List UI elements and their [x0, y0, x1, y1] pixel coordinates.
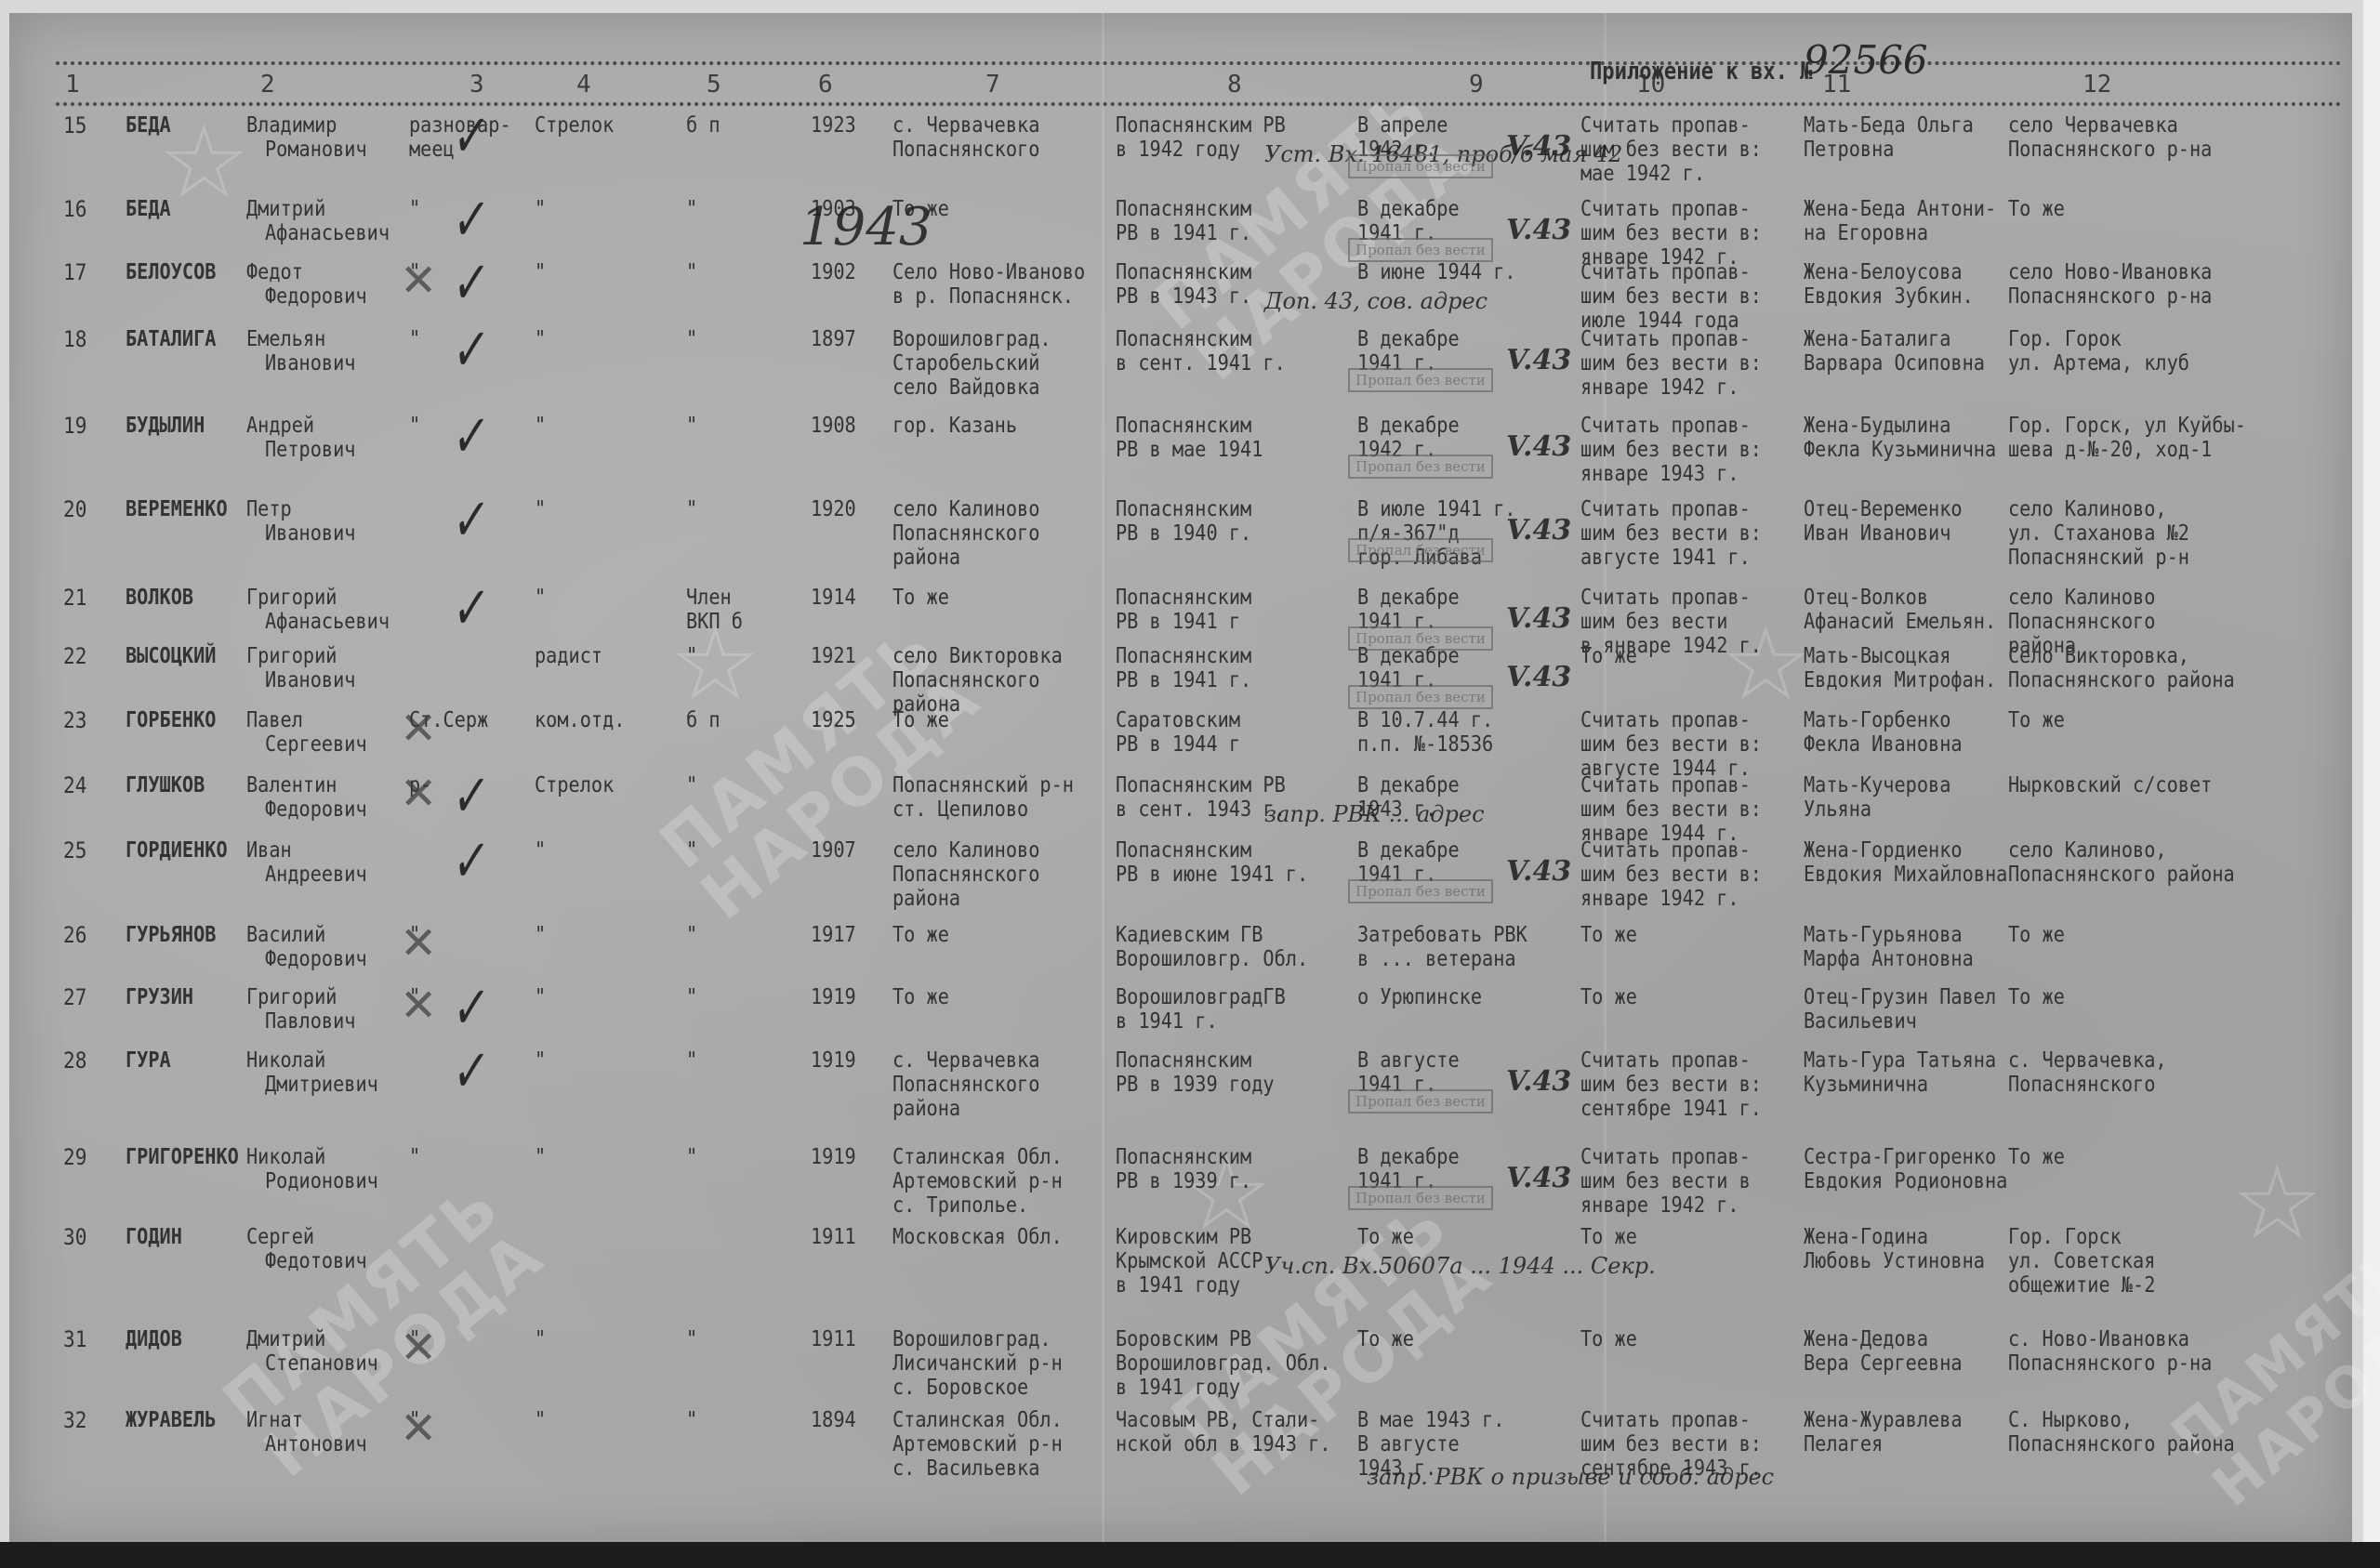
kin-address: село Калиново, Попаснянского района [2008, 838, 2235, 887]
cross-mark-icon: ✕ [400, 703, 437, 755]
next-of-kin: Сестра-Григоренко Евдокия Родионовна [1804, 1145, 2007, 1193]
position: Стрелок [535, 773, 614, 797]
cross-mark-icon: ✕ [400, 980, 437, 1032]
party-status: " [686, 644, 697, 668]
annex-label: Приложение к вх. № [1590, 58, 1813, 86]
row-number: 26 [63, 923, 86, 947]
first-name: Игнат [246, 1408, 303, 1432]
column-number: 1 [65, 71, 80, 99]
birthplace: То же [892, 985, 949, 1009]
patronymic: Афанасьевич [265, 610, 390, 634]
column-number: 5 [707, 71, 721, 99]
first-name: Дмитрий [246, 1327, 325, 1351]
first-name: Валентин [246, 773, 337, 797]
first-name: Василий [246, 923, 325, 947]
position: радист [535, 644, 602, 668]
decision: То же [1580, 985, 1637, 1009]
draft-office: Боровским РВ Ворошиловград. Обл. в 1941 … [1116, 1327, 1331, 1400]
birthplace: Сталинская Обл. Артемовский р-н с. Трипо… [892, 1145, 1063, 1218]
next-of-kin: Жена-Журавлева Пелагея [1804, 1408, 1963, 1456]
row-number: 15 [63, 113, 86, 138]
position: " [535, 197, 546, 221]
birth-year: 1914 [811, 586, 856, 610]
party-status: " [686, 260, 697, 284]
birthplace: с. Червачевка Попаснянского района [892, 1048, 1039, 1121]
row-number: 22 [63, 644, 86, 668]
birth-year: 1923 [811, 113, 856, 138]
row-number: 16 [63, 197, 86, 221]
row-number: 17 [63, 260, 86, 284]
first-name: Емельян [246, 327, 325, 351]
birthplace: Ворошиловград. Старобельский село Вайдов… [892, 327, 1051, 400]
party-status: " [686, 923, 697, 947]
patronymic: Павлович [265, 1009, 355, 1034]
missing-stamp: Пропал без вести [1348, 455, 1493, 479]
surname: ГУРА [126, 1048, 171, 1073]
missing-date: То же [1357, 1327, 1414, 1351]
surname: БАТАЛИГА [126, 327, 216, 351]
position: " [535, 923, 546, 947]
next-of-kin: Жена-Белоусова Евдокия Зубкин. [1804, 260, 1974, 309]
handwritten-mark: V.43 [1506, 855, 1571, 888]
missing-stamp: Пропал без вести [1348, 238, 1493, 262]
kin-address: Село Викторовка, Попаснянского района [2008, 644, 2235, 692]
handwritten-mark: V.43 [1506, 344, 1571, 376]
position: " [535, 1048, 546, 1073]
missing-stamp: Пропал без вести [1348, 879, 1493, 903]
decision: Считать пропав- шим без вести в: июле 19… [1580, 260, 1762, 333]
column-number: 2 [260, 71, 275, 99]
patronymic: Андреевич [265, 863, 367, 887]
draft-office: Попаснянским РВ в 1941 г. [1116, 197, 1251, 245]
draft-office: Кадиевским ГВ Ворошиловгр. Обл. [1116, 923, 1308, 971]
column-number: 9 [1469, 71, 1484, 99]
missing-stamp: Пропал без вести [1348, 1089, 1493, 1113]
first-name: Григорий [246, 586, 337, 610]
birth-year: 1919 [811, 1145, 856, 1169]
missing-date: В июне 1944 г. [1357, 260, 1516, 284]
birthplace: село Викторовка Попаснянского района [892, 644, 1063, 717]
first-name: Сергей [246, 1225, 314, 1249]
decision: Считать пропав- шим без вести в: январе … [1580, 838, 1762, 911]
patronymic: Федорович [265, 797, 367, 822]
missing-stamp: Пропал без вести [1348, 538, 1493, 562]
draft-office: Кировским РВ Крымской АССР в 1941 году [1116, 1225, 1263, 1298]
row-number: 28 [63, 1048, 86, 1073]
draft-office: Попаснянским РВ в 1941 г. [1116, 644, 1251, 692]
decision: Считать пропав- шим без вести в: августе… [1580, 497, 1762, 570]
birth-year: 1902 [811, 260, 856, 284]
column-number: 7 [985, 71, 1000, 99]
handwritten-mark: V.43 [1506, 130, 1571, 163]
draft-office: Часовым РВ, Стали- нской обл в 1943 г. [1116, 1408, 1331, 1456]
kin-address: Гор. Горск ул. Советская общежитие №-2 [2008, 1225, 2155, 1298]
column-number: 8 [1227, 71, 1242, 99]
column-number: 3 [469, 71, 484, 99]
birthplace: Сталинская Обл. Артемовский р-н с. Васил… [892, 1408, 1063, 1481]
surname: БУДЫЛИН [126, 414, 205, 438]
kin-address: То же [2008, 923, 2065, 947]
decision: То же [1580, 644, 1637, 668]
column-number: 4 [576, 71, 591, 99]
missing-date: То же [1357, 1225, 1414, 1249]
surname: ДИДОВ [126, 1327, 182, 1351]
birthplace: То же [892, 923, 949, 947]
draft-office: Попаснянским в сент. 1941 г. [1116, 327, 1286, 376]
patronymic: Степанович [265, 1351, 378, 1376]
position: " [535, 838, 546, 863]
party-status: " [686, 985, 697, 1009]
birth-year: 1919 [811, 1048, 856, 1073]
party-status: " [686, 1048, 697, 1073]
birthplace: То же [892, 586, 949, 610]
check-mark-icon: ✓ [450, 1037, 492, 1106]
first-name: Федот [246, 260, 303, 284]
missing-stamp: Пропал без вести [1348, 154, 1493, 178]
next-of-kin: Жена-Дедова Вера Сергеевна [1804, 1327, 1963, 1376]
decision: Считать пропав- шим без вести в: январе … [1580, 197, 1762, 270]
surname: ВОЛКОВ [126, 586, 193, 610]
party-status: " [686, 1327, 697, 1351]
row-number: 25 [63, 838, 86, 863]
patronymic: Федотович [265, 1249, 367, 1273]
next-of-kin: Жена-Будылина Фекла Кузьминична [1804, 414, 1996, 462]
draft-office: Попаснянским РВ в сент. 1943 г. [1116, 773, 1286, 822]
position: " [535, 1145, 546, 1169]
next-of-kin: Мать-Кучерова Ульяна [1804, 773, 1950, 822]
patronymic: Петрович [265, 438, 355, 462]
row-number: 29 [63, 1145, 86, 1169]
surname: ЖУРАВЕЛЬ [126, 1408, 216, 1432]
next-of-kin: Мать-Гурьянова Марфа Антоновна [1804, 923, 1974, 971]
scan-edge [2363, 0, 2380, 1568]
draft-office: Попаснянским РВ в 1942 году [1116, 113, 1286, 162]
cross-mark-icon: ✕ [400, 917, 437, 969]
rank: " [409, 414, 420, 438]
handwritten-mark: V.43 [1506, 514, 1571, 547]
position: Стрелок [535, 113, 614, 138]
row-number: 24 [63, 773, 86, 797]
check-mark-icon: ✓ [450, 186, 492, 255]
kin-address: Гор. Горск, ул Куйбы- шева д-№-20, ход-1 [2008, 414, 2246, 462]
first-name: Дмитрий [246, 197, 325, 221]
cross-mark-icon: ✕ [400, 255, 437, 307]
position: " [535, 985, 546, 1009]
birthplace: село Калиново Попаснянского района [892, 838, 1039, 911]
first-name: Иван [246, 838, 292, 863]
kin-address: село Ново-Ивановка Попаснянского р-на [2008, 260, 2212, 309]
row-number: 21 [63, 586, 86, 610]
party-status: б п [686, 708, 721, 732]
surname: ГОРДИЕНКО [126, 838, 228, 863]
missing-date: В 10.7.44 г. п.п. №-18536 [1357, 708, 1493, 757]
kin-address: С. Нырково, Попаснянского района [2008, 1408, 2235, 1456]
party-status: Член ВКП б [686, 586, 743, 634]
missing-stamp: Пропал без вести [1348, 685, 1493, 709]
kin-address: То же [2008, 1145, 2065, 1169]
next-of-kin: Жена-Баталига Варвара Осиповна [1804, 327, 1985, 376]
birth-year: 1894 [811, 1408, 856, 1432]
decision: То же [1580, 923, 1637, 947]
birth-year: 1919 [811, 985, 856, 1009]
patronymic: Иванович [265, 668, 355, 692]
patronymic: Федорович [265, 947, 367, 971]
surname: ГОДИН [126, 1225, 182, 1249]
patronymic: Иванович [265, 521, 355, 546]
birth-year: 1897 [811, 327, 856, 351]
surname: БЕДА [126, 113, 171, 138]
check-mark-icon: ✓ [450, 574, 492, 643]
next-of-kin: Отец-Волков Афанасий Емельян. [1804, 586, 1996, 634]
birth-year: 1921 [811, 644, 856, 668]
surname: БЕДА [126, 197, 171, 221]
surname: ГРУЗИН [126, 985, 193, 1009]
patronymic: Афанасьевич [265, 221, 390, 245]
kin-address: с. Ново-Ивановка Попаснянского р-на [2008, 1327, 2212, 1376]
rank: " [409, 1145, 420, 1169]
draft-office: Попаснянским РВ в мае 1941 [1116, 414, 1263, 462]
row-number: 19 [63, 414, 86, 438]
decision: Считать пропав- шим без вести в: январе … [1580, 414, 1762, 486]
party-status: " [686, 414, 697, 438]
check-mark-icon: ✓ [450, 762, 492, 831]
check-mark-icon: ✓ [450, 316, 492, 385]
birth-year: 1908 [811, 414, 856, 438]
draft-office: Попаснянским РВ в июне 1941 г. [1116, 838, 1308, 887]
draft-office: Попаснянским РВ в 1939 году [1116, 1048, 1275, 1097]
next-of-kin: Мать-Гура Татьяна Кузьминична [1804, 1048, 1996, 1097]
kin-address: То же [2008, 708, 2065, 732]
party-status: б п [686, 113, 721, 138]
first-name: Владимир [246, 113, 337, 138]
decision: Считать пропав- шим без вести в: августе… [1580, 708, 1762, 781]
surname: ГОРБЕНКО [126, 708, 216, 732]
check-mark-icon: ✓ [450, 249, 492, 318]
birthplace: Ворошиловград. Лисичанский р-н с. Боровс… [892, 1327, 1063, 1400]
birth-year: 1917 [811, 923, 856, 947]
patronymic: Сергеевич [265, 732, 367, 757]
position: ком.отд. [535, 708, 625, 732]
row-number: 18 [63, 327, 86, 351]
handwritten-mark: V.43 [1506, 430, 1571, 463]
kin-address: село Калиново, ул. Стаханова №2 Попаснян… [2008, 497, 2189, 570]
patronymic: Федорович [265, 284, 367, 309]
surname: ГРИГОРЕНКО [126, 1145, 239, 1169]
cross-mark-icon: ✕ [400, 768, 437, 820]
row-number: 32 [63, 1408, 86, 1432]
party-status: " [686, 327, 697, 351]
party-status: " [686, 838, 697, 863]
handwritten-mark: V.43 [1506, 661, 1571, 693]
annex-number: 92566 [1804, 37, 1928, 83]
handwritten-note: запр. РВК ... адрес [1264, 801, 1485, 827]
patronymic: Родионович [265, 1169, 378, 1193]
handwritten-note: 1943 [800, 197, 932, 257]
decision: Считать пропав- шим без вести в: сентябр… [1580, 1048, 1762, 1121]
missing-date: Затребовать РВК в ... ветерана [1357, 923, 1527, 971]
check-mark-icon: ✓ [450, 974, 492, 1043]
column-number: 12 [2082, 71, 2111, 99]
patronymic: Романович [265, 138, 367, 162]
birthplace: с. Червачевка Попаснянского [892, 113, 1039, 162]
birthplace: То же [892, 708, 949, 732]
handwritten-mark: V.43 [1506, 1065, 1571, 1098]
kin-address: Гор. Горок ул. Артема, клуб [2008, 327, 2189, 376]
birthplace: село Калиново Попаснянского района [892, 497, 1039, 570]
handwritten-mark: V.43 [1506, 1162, 1571, 1194]
first-name: Николай [246, 1048, 325, 1073]
first-name: Николай [246, 1145, 325, 1169]
first-name: Андрей [246, 414, 314, 438]
party-status: " [686, 1408, 697, 1432]
check-mark-icon: ✓ [450, 486, 492, 555]
decision: Считать пропав- шим без вести в: январе … [1580, 773, 1762, 846]
cross-mark-icon: ✕ [400, 1403, 437, 1455]
row-number: 27 [63, 985, 86, 1009]
header-rule [56, 61, 2343, 65]
party-status: " [686, 773, 697, 797]
birthplace: Московская Обл. [892, 1225, 1063, 1249]
missing-stamp: Пропал без вести [1348, 1186, 1493, 1210]
birth-year: 1920 [811, 497, 856, 521]
first-name: Григорий [246, 985, 337, 1009]
draft-office: Попаснянским РВ в 1941 г [1116, 586, 1251, 634]
column-number: 6 [818, 71, 833, 99]
header-rule [56, 102, 2343, 106]
birth-year: 1911 [811, 1327, 856, 1351]
decision: Считать пропав- шим без вести в январе 1… [1580, 1145, 1751, 1218]
next-of-kin: Отец-Грузин Павел Васильевич [1804, 985, 1996, 1034]
check-mark-icon: ✓ [450, 827, 492, 896]
next-of-kin: Жена-Беда Антони- на Егоровна [1804, 197, 1996, 245]
kin-address: То же [2008, 197, 2065, 221]
first-name: Павел [246, 708, 303, 732]
kin-address: с. Червачевка, Попаснянского [2008, 1048, 2167, 1097]
surname: ГУРЬЯНОВ [126, 923, 216, 947]
rank: " [409, 327, 420, 351]
next-of-kin: Мать-Высоцкая Евдокия Митрофан. [1804, 644, 1996, 692]
surname: ГЛУШКОВ [126, 773, 205, 797]
birthplace: Село Ново-Иваново в р. Попаснянск. [892, 260, 1085, 309]
position: " [535, 1408, 546, 1432]
draft-office: Саратовским РВ в 1944 г [1116, 708, 1240, 757]
next-of-kin: Мать-Беда Ольга Петровна [1804, 113, 1974, 162]
position: " [535, 414, 546, 438]
decision: Считать пропав- шим без вести в: январе … [1580, 327, 1762, 400]
first-name: Григорий [246, 644, 337, 668]
position: " [535, 1327, 546, 1351]
cross-mark-icon: ✕ [400, 1322, 437, 1374]
handwritten-note: Уч.сп. Вх.50607а ... 1944 ... Секр. [1264, 1253, 1656, 1279]
row-number: 31 [63, 1327, 86, 1351]
handwritten-note: запр. РВК о призыве и сооб. адрес [1367, 1464, 1774, 1490]
kin-address: Нырковский с/совет [2008, 773, 2212, 797]
draft-office: Попаснянским РВ в 1939 г. [1116, 1145, 1251, 1193]
patronymic: Антонович [265, 1432, 367, 1456]
next-of-kin: Жена-Гордиенко Евдокия Михайловна [1804, 838, 2007, 887]
position: " [535, 586, 546, 610]
birth-year: 1925 [811, 708, 856, 732]
surname: ВЫСОЦКИЙ [126, 644, 216, 668]
patronymic: Иванович [265, 351, 355, 376]
missing-stamp: Пропал без вести [1348, 368, 1493, 392]
kin-address: село Червачевка Попаснянского р-на [2008, 113, 2212, 162]
scan-border [0, 1542, 2380, 1568]
first-name: Петр [246, 497, 292, 521]
draft-office: Попаснянским РВ в 1940 г. [1116, 497, 1251, 546]
row-number: 30 [63, 1225, 86, 1249]
draft-office: Попаснянским РВ в 1943 г. [1116, 260, 1251, 309]
row-number: 20 [63, 497, 86, 521]
position: " [535, 327, 546, 351]
next-of-kin: Мать-Горбенко Фекла Ивановна [1804, 708, 1963, 757]
party-status: " [686, 497, 697, 521]
patronymic: Дмитриевич [265, 1073, 378, 1097]
missing-date: о Урюпинске [1357, 985, 1482, 1009]
handwritten-mark: V.43 [1506, 214, 1571, 246]
position: " [535, 260, 546, 284]
next-of-kin: Жена-Година Любовь Устиновна [1804, 1225, 1985, 1273]
surname: БЕЛОУСОВ [126, 260, 216, 284]
handwritten-note: Доп. 43, сов. адрес [1264, 288, 1487, 314]
birthplace: гор. Казань [892, 414, 1017, 438]
decision: То же [1580, 1225, 1637, 1249]
birth-year: 1907 [811, 838, 856, 863]
surname: ВЕРЕМЕНКО [126, 497, 228, 521]
handwritten-mark: V.43 [1506, 602, 1571, 635]
position: " [535, 497, 546, 521]
rank: " [409, 197, 420, 221]
next-of-kin: Отец-Веременко Иван Иванович [1804, 497, 1963, 546]
paper-fold [1102, 13, 1104, 1542]
birth-year: 1911 [811, 1225, 856, 1249]
birthplace: Попаснянский р-н ст. Цепилово [892, 773, 1074, 822]
draft-office: ВорошиловградГВ в 1941 г. [1116, 985, 1286, 1034]
party-status: " [686, 197, 697, 221]
decision: То же [1580, 1327, 1637, 1351]
check-mark-icon: ✓ [450, 402, 492, 471]
row-number: 23 [63, 708, 86, 732]
party-status: " [686, 1145, 697, 1169]
check-mark-icon: ✓ [450, 102, 492, 171]
kin-address: То же [2008, 985, 2065, 1009]
